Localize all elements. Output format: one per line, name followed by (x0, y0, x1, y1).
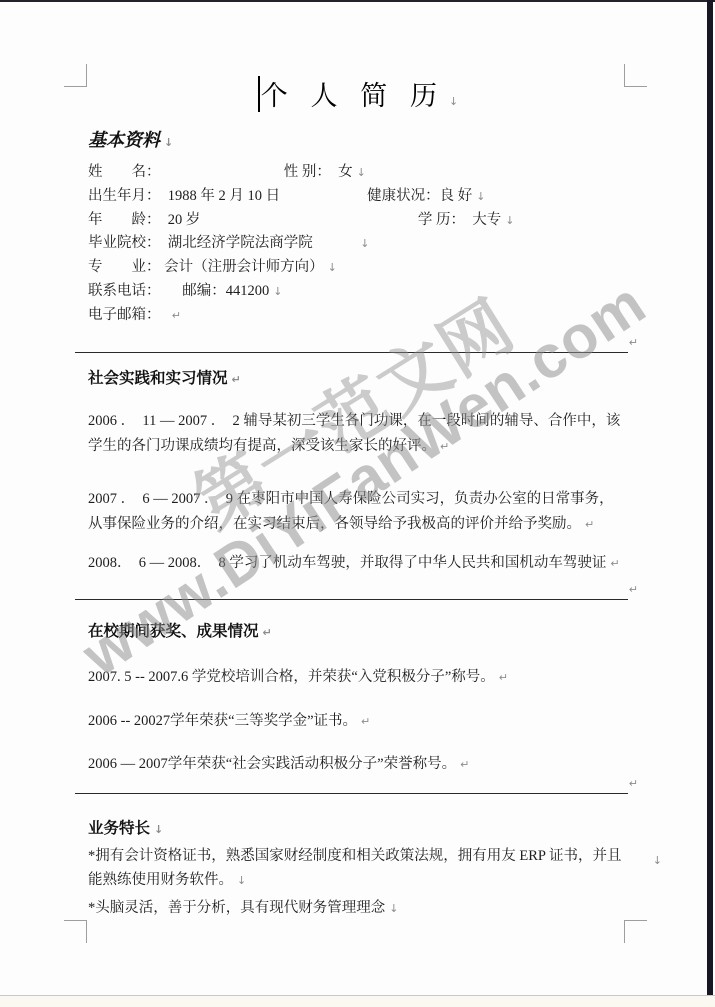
practice-paragraph[interactable]: 2006 ． 11 — 2007 ． 2 辅导某初三学生各门功课，在一段时间的辅… (88, 409, 628, 460)
paragraph-mark: ↵ (610, 557, 619, 570)
document-content: 个 人 简 历↓ 基本资料↓ 姓 名： 性 别： 女↓ 出生年月： 1988 年… (88, 0, 628, 921)
practice-paragraph[interactable]: 2007 ． 6 — 2007 ． 9 在枣阳市中国人寿保险公司实习，负责办公室… (88, 487, 628, 538)
linebreak-mark: ↓ (237, 874, 246, 887)
heading-text: 社会实践和实习情况 (88, 370, 228, 387)
practice-paragraph[interactable]: 2008． 6 — 2008． 8 学习了机动车驾驶，并取得了中华人民共和国机动… (88, 551, 628, 577)
paragraph-mark: ↵ (263, 626, 272, 639)
paragraph-text: 2006 -- 20027学年荣获“三等奖学金”证书。 (88, 713, 357, 729)
linebreak-mark: ↓ (154, 823, 163, 836)
line-text: 姓 名： 性 别： 女 (88, 164, 353, 180)
line-text: 联系电话： 邮编：441200 (88, 283, 269, 299)
heading-text: 在校期间获奖、成果情况 (88, 623, 259, 640)
paragraph-text: 2007. 5 -- 2007.6 学党校培训合格，并荣获“入党积极分子”称号。 (88, 669, 495, 685)
paragraph-text: *拥有会计资格证书，熟悉国家财经制度和相关政策法规，拥有用友 ERP 证书，并且… (88, 848, 622, 889)
linebreak-mark: ↓ (328, 261, 337, 274)
skill-paragraph[interactable]: *拥有会计资格证书，熟悉国家财经制度和相关政策法规，拥有用友 ERP 证书，并且… (88, 844, 628, 894)
skill-paragraph[interactable]: *头脑灵活，善于分析，具有现代财务管理理念↓ (88, 896, 628, 922)
paragraph-text: *头脑灵活，善于分析，具有现代财务管理理念 (88, 900, 385, 916)
paragraph-mark: ↵ (440, 440, 449, 453)
paragraph-mark: ↵ (629, 336, 638, 349)
paragraph-text: 2006 — 2007学年荣获“社会实践活动积极分子”荣誉称号。 (88, 756, 456, 772)
document-page: 第一范文网 www.DiYiFanWen.com 个 人 简 历↓ 基本资料↓ … (0, 0, 715, 1007)
paragraph-mark: ↵ (460, 758, 469, 771)
heading-basic-info[interactable]: 基本资料↓ (88, 128, 628, 155)
award-paragraph[interactable]: 2007. 5 -- 2007.6 学党校培训合格，并荣获“入党积极分子”称号。… (88, 665, 628, 691)
info-line-age-education[interactable]: 年 龄： 20 岁 学 历： 大专↓ (88, 209, 628, 233)
heading-text: 基本资料 (88, 130, 160, 150)
linewrap-mark: ↓ (653, 849, 662, 874)
heading-skills[interactable]: 业务特长↓ (88, 818, 628, 841)
margin-corner-bottom-left (64, 920, 87, 943)
paragraph-mark: ↵ (232, 373, 241, 386)
linebreak-mark: ↓ (449, 95, 458, 108)
separator-line: ↵ (75, 599, 628, 600)
info-line-email[interactable]: 电子邮箱： ↵ (88, 304, 628, 328)
linebreak-mark: ↓ (273, 285, 282, 298)
separator-line: ↵ (75, 793, 628, 794)
paragraph-mark: ↵ (629, 583, 638, 596)
award-paragraph[interactable]: 2006 — 2007学年荣获“社会实践活动积极分子”荣誉称号。↵ (88, 752, 628, 778)
separator-line: ↵ (75, 352, 628, 353)
page-edge-right (707, 0, 713, 997)
linebreak-mark: ↓ (505, 214, 514, 227)
paragraph-mark: ↵ (361, 715, 370, 728)
paragraph-text: 2008． 6 — 2008． 8 学习了机动车驾驶，并取得了中华人民共和国机动… (88, 555, 606, 571)
text-cursor (258, 76, 260, 112)
paragraph-text: 2006 ． 11 — 2007 ． 2 辅导某初三学生各门功课，在一段时间的辅… (88, 413, 620, 455)
line-text: 出生年月： 1988 年 2 月 10 日 健康状况：良 好 (88, 188, 472, 204)
linebreak-mark: ↓ (389, 902, 398, 915)
heading-awards[interactable]: 在校期间获奖、成果情况↵ (88, 621, 628, 644)
info-line-major[interactable]: 专 业： 会计（注册会计师方向）↓ (88, 256, 628, 280)
line-text: 毕业院校： 湖北经济学院法商学院 (88, 235, 356, 251)
heading-practice[interactable]: 社会实践和实习情况↵ (88, 368, 628, 391)
paragraph-mark: ↵ (499, 671, 508, 684)
info-line-birth-health[interactable]: 出生年月： 1988 年 2 月 10 日 健康状况：良 好↓ (88, 185, 628, 209)
basic-info-block: 姓 名： 性 别： 女↓ 出生年月： 1988 年 2 月 10 日 健康状况：… (88, 161, 628, 328)
info-line-name-gender[interactable]: 姓 名： 性 别： 女↓ (88, 161, 628, 185)
line-text: 电子邮箱： (88, 307, 168, 323)
award-paragraph[interactable]: 2006 -- 20027学年荣获“三等奖学金”证书。↵ (88, 709, 628, 735)
paragraph-mark: ↵ (585, 518, 594, 531)
linebreak-mark: ↓ (164, 136, 173, 149)
linebreak-mark: ↓ (360, 237, 369, 250)
info-line-school[interactable]: 毕业院校： 湖北经济学院法商学院 ↓ (88, 232, 628, 256)
heading-text: 业务特长 (88, 820, 150, 837)
paragraph-mark: ↵ (629, 777, 638, 790)
linebreak-mark: ↓ (357, 166, 366, 179)
title-text: 个 人 简 历 (261, 81, 445, 111)
paragraph-text: 2007 ． 6 — 2007 ． 9 在枣阳市中国人寿保险公司实习，负责办公室… (88, 491, 614, 533)
line-text: 年 龄： 20 岁 学 历： 大专 (88, 212, 501, 228)
page-edge-bottom-strip (0, 996, 715, 1007)
margin-corner-bottom-right (624, 920, 647, 943)
paragraph-mark: ↵ (172, 309, 181, 322)
document-title[interactable]: 个 人 简 历↓ (88, 76, 628, 116)
margin-corner-top-left (64, 64, 87, 87)
linebreak-mark: ↓ (476, 190, 485, 203)
line-text: 专 业： 会计（注册会计师方向） (88, 259, 324, 275)
info-line-phone-zip[interactable]: 联系电话： 邮编：441200↓ (88, 280, 628, 304)
